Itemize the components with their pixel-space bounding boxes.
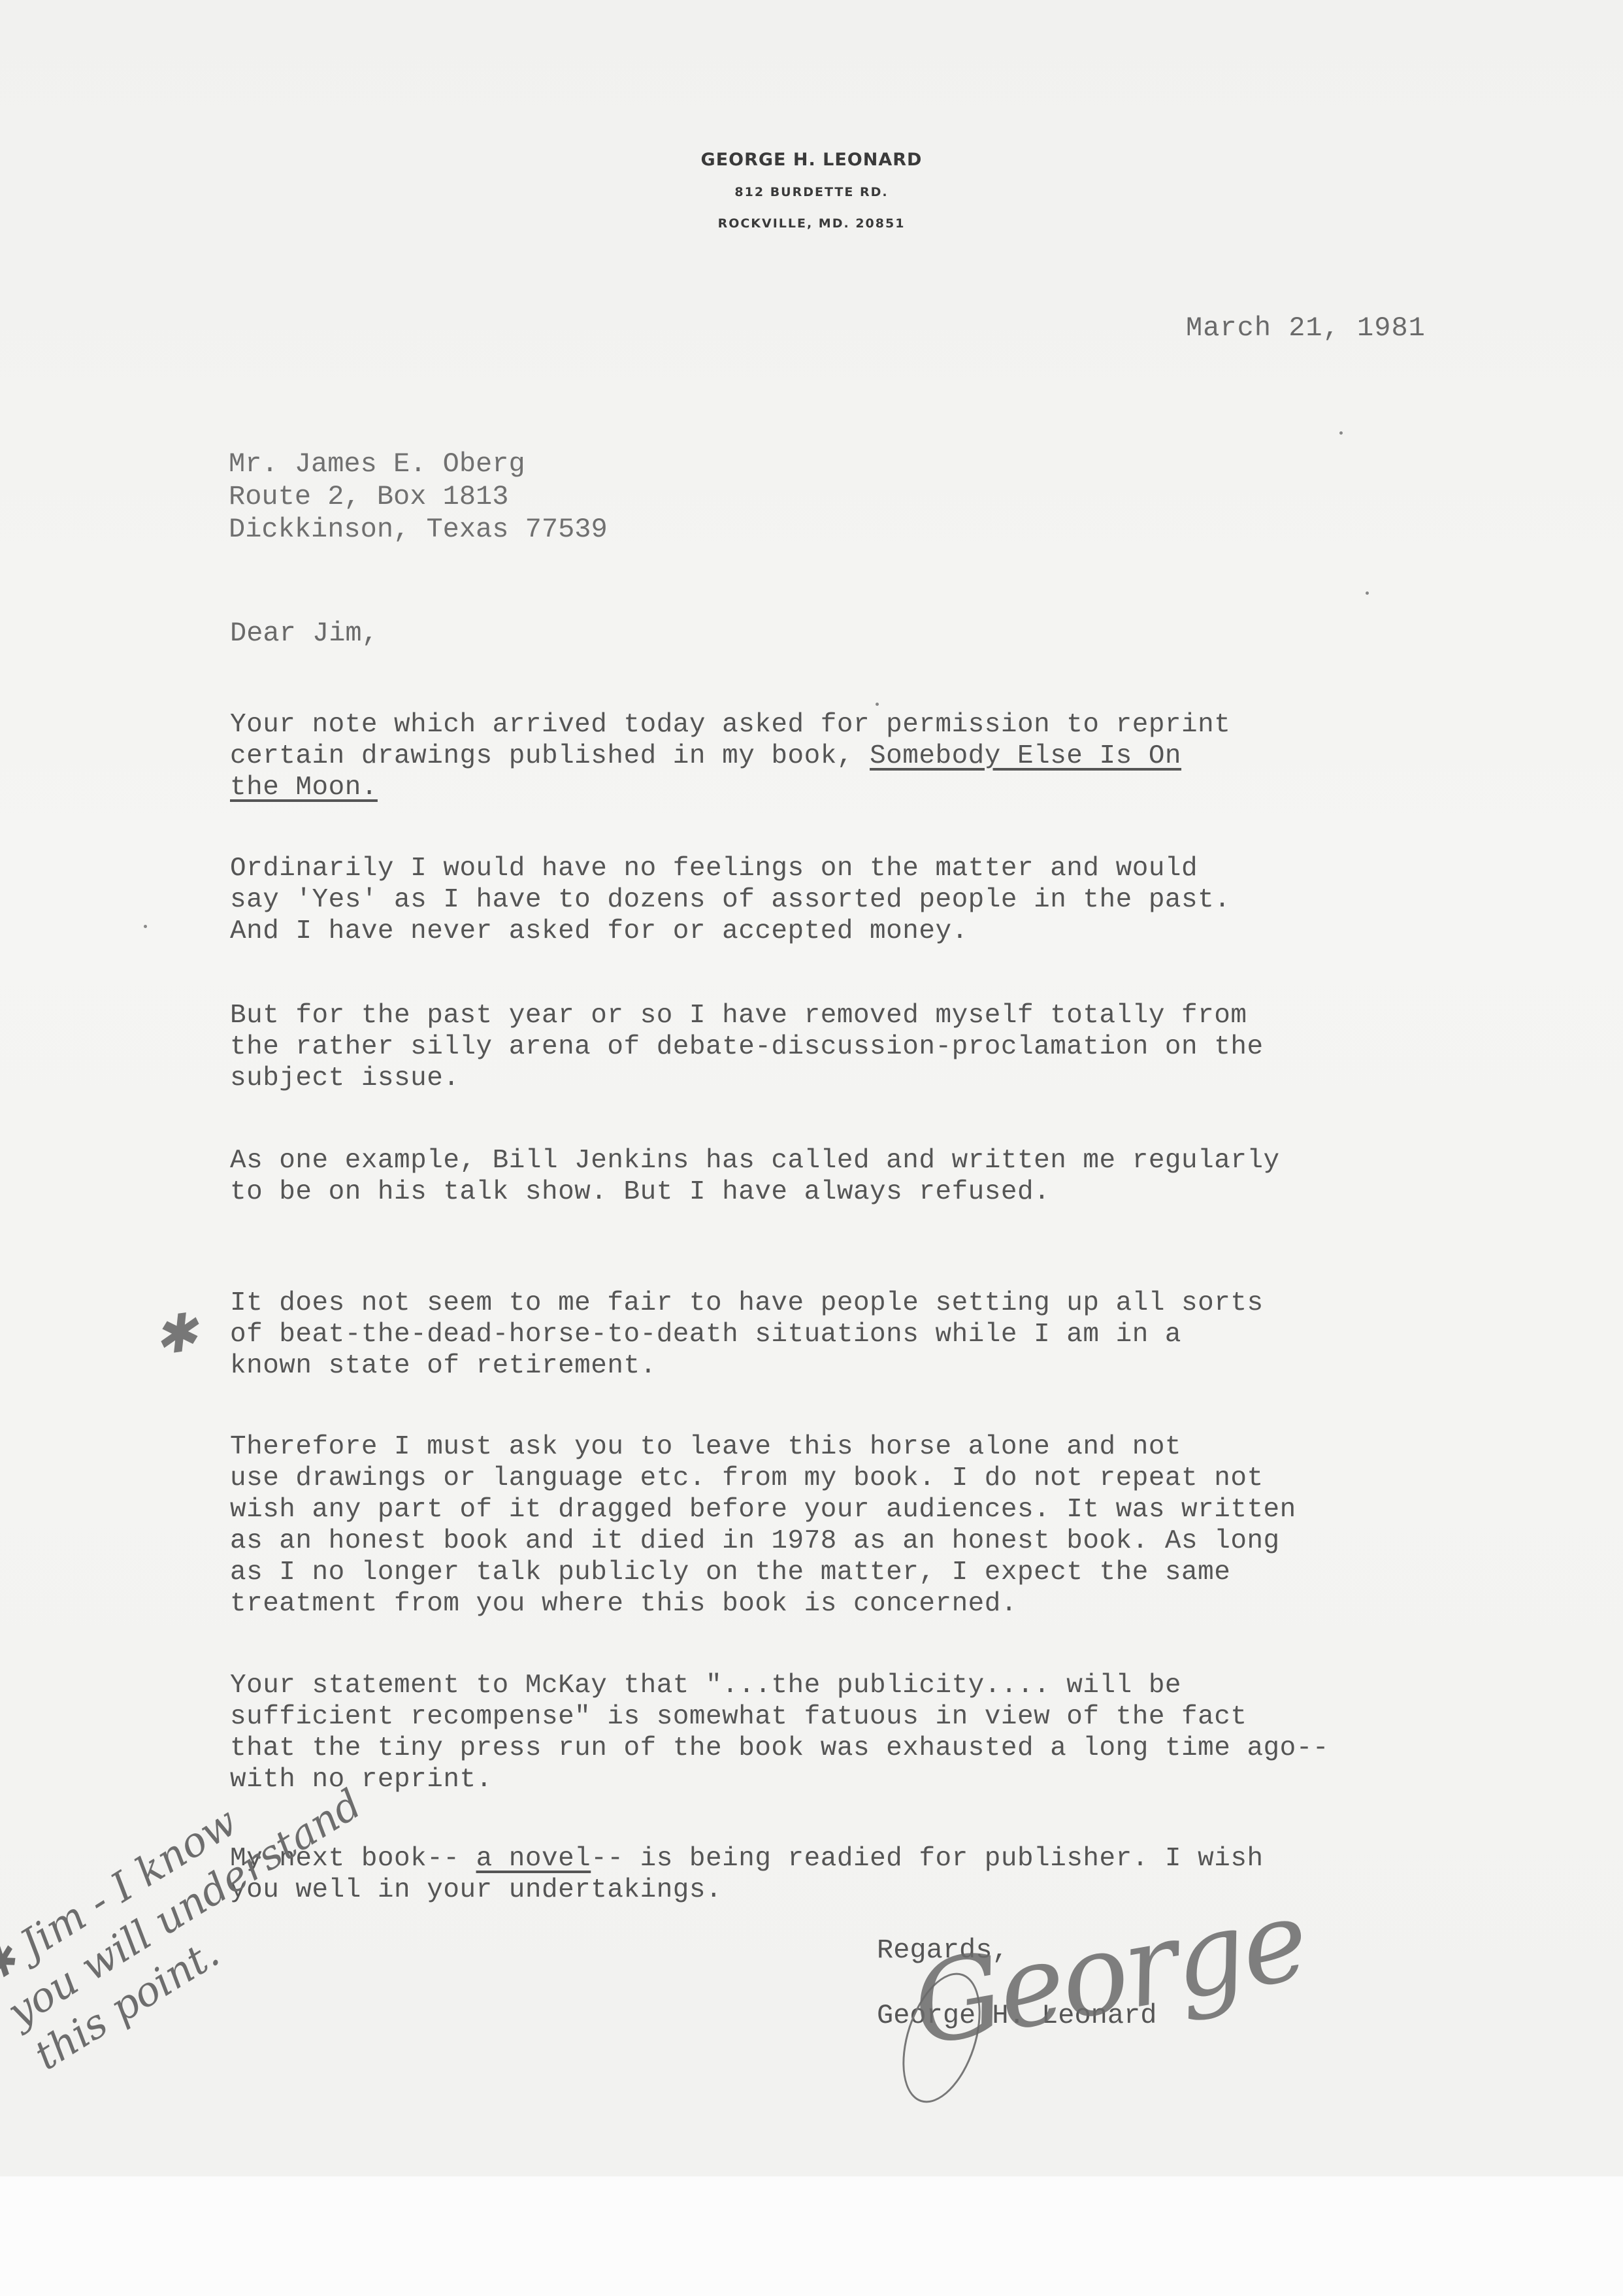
asterisk-margin-mark: ✱ <box>150 1301 201 1367</box>
paper-speck <box>144 925 147 928</box>
paragraph-6: Therefore I must ask you to leave this h… <box>230 1431 1537 1620</box>
novel-underlined: a novel <box>476 1844 591 1874</box>
paragraph-1: Your note which arrived today asked for … <box>230 709 1537 803</box>
book-title-cont: the Moon. <box>230 773 378 803</box>
paragraph-2: Ordinarily I would have no feelings on t… <box>230 853 1537 947</box>
paper-speck <box>1339 431 1343 435</box>
recipient-name: Mr. James E. Oberg <box>229 448 608 480</box>
letterhead-street: 812 BURDETTE RD. <box>0 176 1623 208</box>
paragraph-8: My next book-- a novel-- is being readie… <box>230 1843 1537 1906</box>
paragraph-5: It does not seem to me fair to have peop… <box>230 1288 1537 1382</box>
recipient-address: Mr. James E. Oberg Route 2, Box 1813 Dic… <box>229 448 608 546</box>
salutation: Dear Jim, <box>230 618 378 649</box>
paragraph-4: As one example, Bill Jenkins has called … <box>230 1145 1537 1208</box>
paper-speck <box>876 703 879 706</box>
paper-speck <box>1366 591 1369 595</box>
letterhead: GEORGE H. LEONARD 812 BURDETTE RD. ROCKV… <box>0 144 1623 239</box>
recipient-street: Route 2, Box 1813 <box>229 480 608 513</box>
recipient-city: Dickkinson, Texas 77539 <box>229 513 608 546</box>
paragraph-3: But for the past year or so I have remov… <box>230 1000 1537 1094</box>
letterhead-name: GEORGE H. LEONARD <box>0 144 1623 176</box>
book-title: Somebody Else Is On <box>870 741 1181 771</box>
letter-date: March 21, 1981 <box>1186 312 1426 344</box>
letterhead-city: ROCKVILLE, MD. 20851 <box>0 208 1623 239</box>
page-bottom-margin <box>0 2176 1623 2296</box>
